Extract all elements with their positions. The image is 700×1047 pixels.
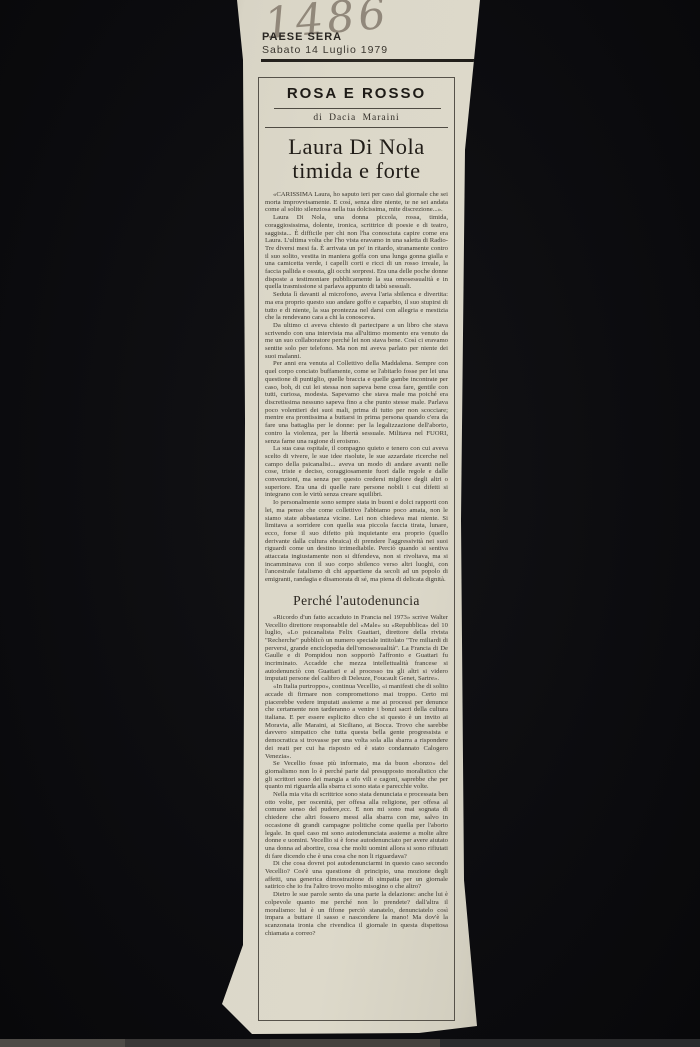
table-edge-segment <box>0 1039 125 1047</box>
byline: di Dacia Maraini <box>264 113 449 123</box>
article-paragraph: Laura Di Nola, una donna piccola, rossa,… <box>265 214 448 291</box>
article-paragraph: Io personalmente sono sempre stata in bu… <box>265 499 448 584</box>
section-heading: Perché l'autodenuncia <box>264 593 449 609</box>
photo-background: 1486 PAESE SERA Sabato 14 Luglio 1979 RO… <box>0 0 700 1047</box>
masthead-date: Sabato 14 Luglio 1979 <box>262 44 388 56</box>
masthead: PAESE SERA Sabato 14 Luglio 1979 <box>262 31 388 56</box>
table-edge-segment <box>440 1039 700 1047</box>
table-edge-segment <box>125 1039 270 1047</box>
table-edge-strip <box>0 1039 700 1047</box>
article-box: ROSA E ROSSO di Dacia Maraini Laura Di N… <box>258 77 455 1021</box>
article-paragraph: Se Vecellio fosse più informato, ma da b… <box>265 760 448 791</box>
column-kicker: ROSA E ROSSO <box>264 85 449 102</box>
headline: Laura Di Nola timida e forte <box>264 135 449 183</box>
article-paragraph: «CARISSIMA Laura, ho saputo ieri per cas… <box>265 191 448 214</box>
article-paragraph: La sua casa ospitale, il compagno quieto… <box>265 445 448 499</box>
headline-line-2: timida e forte <box>264 159 449 183</box>
article-paragraph: Seduta lì davanti al microfono, aveva l'… <box>265 291 448 322</box>
article-paragraph: Dietro le sue parole sento da una parte … <box>265 891 448 937</box>
article-paragraph: Di che cosa dovrei poi autodenunciarmi i… <box>265 860 448 891</box>
masthead-rule <box>261 59 478 62</box>
article-body-section-1: «CARISSIMA Laura, ho saputo ieri per cas… <box>264 191 449 584</box>
article-paragraph: Da ultimo ci aveva chiesto di partecipar… <box>265 322 448 361</box>
article-paragraph: «Ricordo d'un fatto accaduto in Francia … <box>265 614 448 683</box>
byline-rule <box>265 127 448 128</box>
article-paragraph: Nella mia vita di scrittrice sono stata … <box>265 791 448 860</box>
table-edge-segment <box>270 1039 440 1047</box>
article-paragraph: Per anni era venuta al Collettivo della … <box>265 360 448 445</box>
publication-name: PAESE SERA <box>262 31 388 43</box>
headline-line-1: Laura Di Nola <box>264 135 449 159</box>
article-body-section-2: «Ricordo d'un fatto accaduto in Francia … <box>264 614 449 938</box>
article-paragraph: «In Italia purtroppo», continua Vecellio… <box>265 683 448 760</box>
newspaper-clipping: 1486 PAESE SERA Sabato 14 Luglio 1979 RO… <box>219 0 481 1036</box>
kicker-rule <box>274 108 441 109</box>
